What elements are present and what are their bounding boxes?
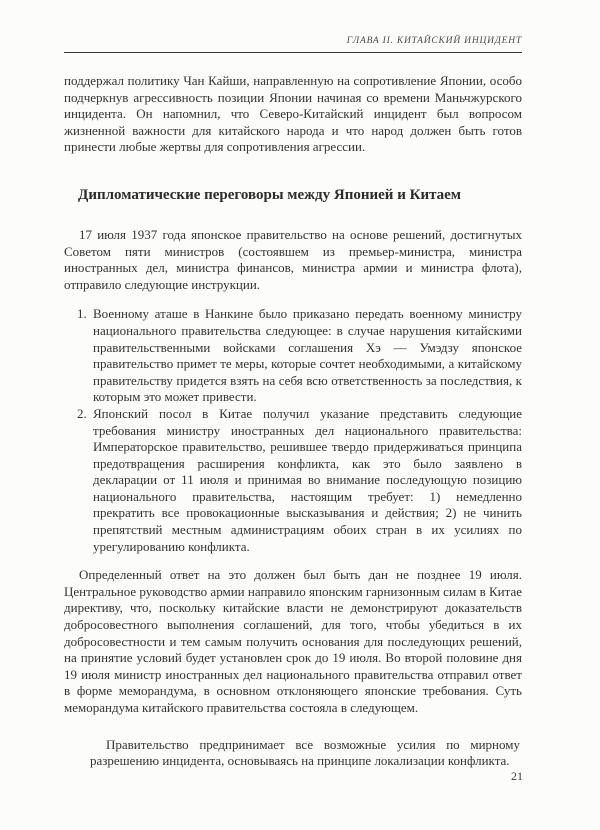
section-heading: Дипломатические переговоры между Японией… (64, 186, 522, 204)
continuation-paragraph: поддержал политику Чан Кайши, направленн… (64, 73, 522, 156)
list-item-text: Военному аташе в Нанкине было приказано … (93, 306, 522, 404)
intro-paragraph: 17 июля 1937 года японское правительство… (64, 227, 522, 293)
running-head: ГЛАВА II. КИТАЙСКИЙ ИНЦИДЕНТ (64, 36, 522, 47)
list-item: 2. Японский посол в Китае получил указан… (64, 406, 522, 555)
book-page: ГЛАВА II. КИТАЙСКИЙ ИНЦИДЕНТ поддержал п… (0, 0, 600, 830)
list-item-number: 1. (77, 306, 87, 323)
list-item-text: Японский посол в Китае получил указание … (93, 406, 522, 554)
list-item-number: 2. (77, 406, 87, 423)
text-block: ГЛАВА II. КИТАЙСКИЙ ИНЦИДЕНТ поддержал п… (64, 0, 522, 783)
instructions-list: 1. Военному аташе в Нанкине было приказа… (64, 306, 522, 555)
response-paragraph: Определенный ответ на это должен был быт… (64, 567, 522, 716)
list-item: 1. Военному аташе в Нанкине было приказа… (64, 306, 522, 406)
memorandum-quote: Правительство предпринимает все возможны… (90, 737, 520, 770)
running-head-block: ГЛАВА II. КИТАЙСКИЙ ИНЦИДЕНТ (64, 0, 522, 53)
page-number: 21 (511, 768, 523, 785)
